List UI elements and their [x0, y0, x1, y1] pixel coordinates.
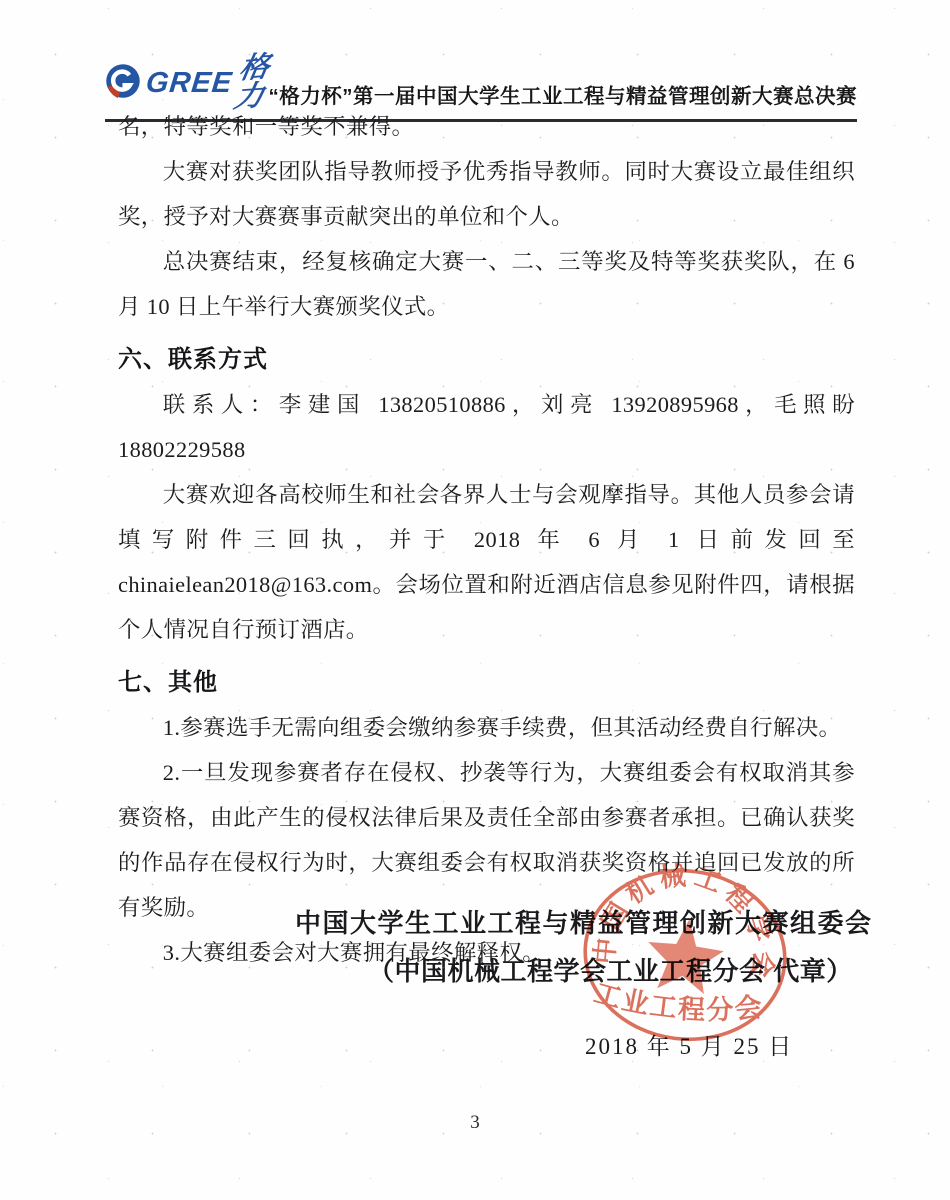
signature-proxy-note: （中国机械工程学会工业工程分会 代章）: [368, 951, 853, 988]
signature-date: 2018 年 5 月 25 日: [585, 1028, 793, 1061]
paragraph-awards: 大赛对获奖团队指导教师授予优秀指导教师。同时大赛设立最佳组织奖，授予对大赛赛事贡…: [118, 149, 855, 239]
section-heading-contact: 六、联系方式: [118, 337, 855, 382]
document-body: 名，特等奖和一等奖不兼得。 大赛对获奖团队指导教师授予优秀指导教师。同时大赛设立…: [118, 104, 855, 975]
gree-logo-text: GREE: [144, 69, 233, 98]
scanned-document-page: GREE 格力 “格力杯”第一届中国大学生工业工程与精益管理创新大赛总决赛 名，…: [0, 0, 950, 1200]
paragraph-continuation: 名，特等奖和一等奖不兼得。: [118, 104, 855, 149]
section-heading-other: 七、其他: [118, 660, 855, 705]
paragraph-welcome: 大赛欢迎各高校师生和社会各界人士与会观摩指导。其他人员参会请填写附件三回执，并于…: [118, 472, 855, 652]
page-number: 3: [0, 1112, 950, 1134]
gree-circle-icon: [105, 63, 141, 104]
paragraph-contacts: 联系人：李建国 13820510886，刘亮 13920895968，毛照盼 1…: [118, 382, 855, 472]
signature-organization: 中国大学生工业工程与精益管理创新大赛组委会: [295, 903, 873, 940]
other-item-1: 1.参赛选手无需向组委会缴纳参赛手续费，但其活动经费自行解决。: [118, 705, 855, 750]
paragraph-final-ceremony: 总决赛结束，经复核确定大赛一、二、三等奖及特等奖获奖队，在 6 月 10 日上午…: [118, 239, 855, 329]
